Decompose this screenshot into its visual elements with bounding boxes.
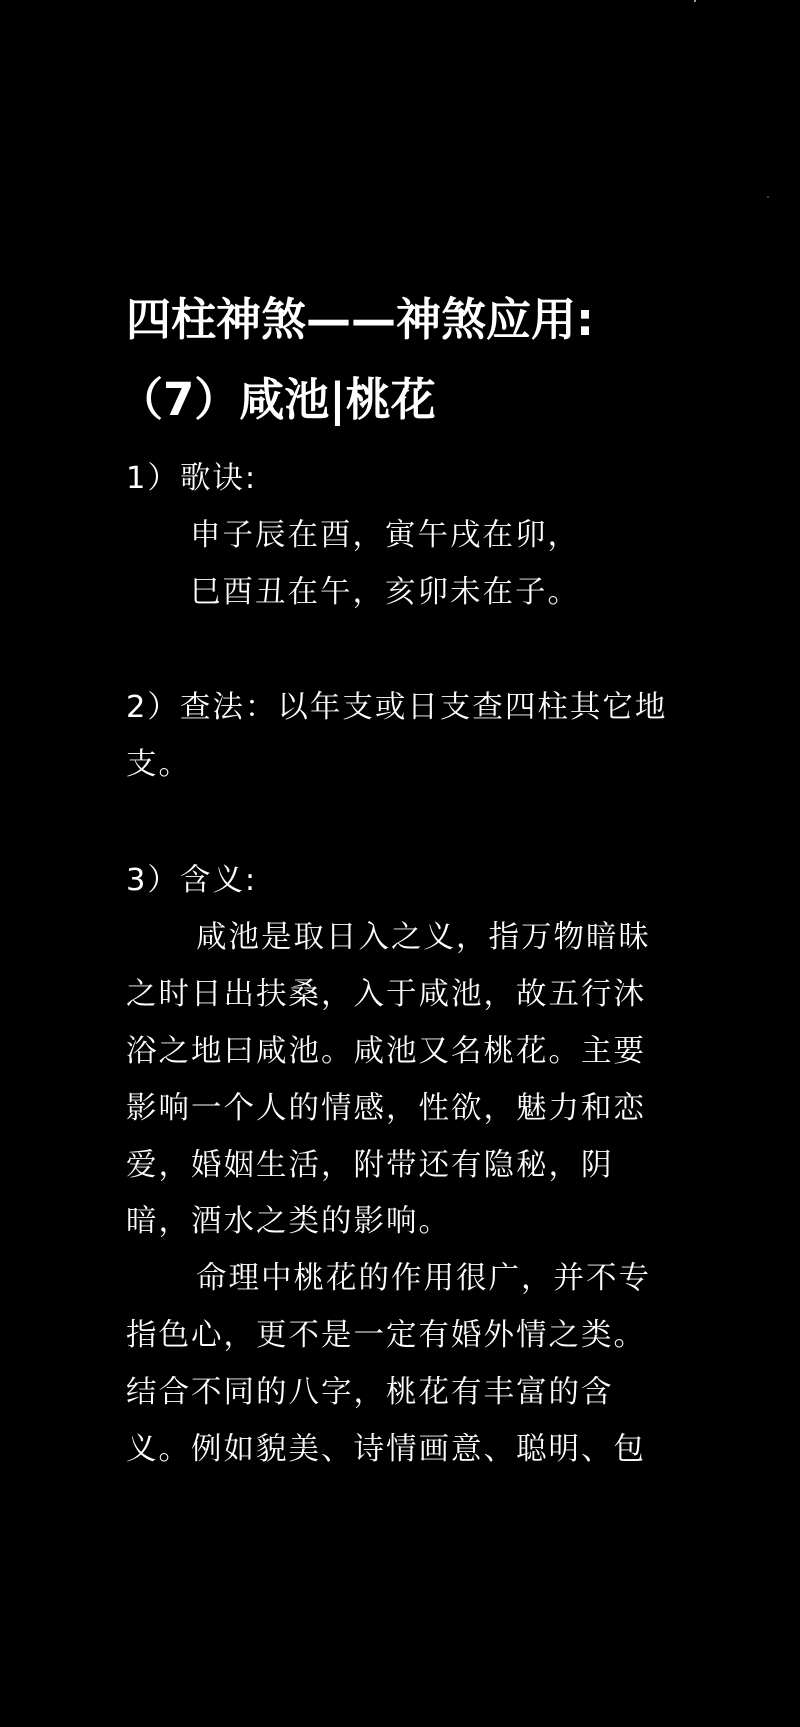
section-2-line-2: 支。 xyxy=(126,739,191,783)
section-3-line-4: 影响一个人的情感，性欲，魅力和恋 xyxy=(126,1083,646,1127)
section-3-line-1: 咸池是取日入之义，指万物暗昧 xyxy=(196,912,651,956)
section-3-heading: 3）含义: xyxy=(126,855,257,899)
noise-speck xyxy=(767,196,769,198)
article-title-line-1: 四柱神煞——神煞应用: xyxy=(126,283,594,348)
section-3-line-5: 爱，婚姻生活，附带还有隐秘，阴 xyxy=(126,1140,614,1184)
section-2-line-1: 2）查法：以年支或日支查四柱其它地 xyxy=(126,682,667,726)
section-3-line-2: 之时日出扶桑，入于咸池，故五行沐 xyxy=(126,969,646,1013)
section-3-line-10: 义。例如貌美、诗情画意、聪明、包 xyxy=(126,1424,646,1468)
verse-line-2: 巳酉丑在午，亥卯未在子。 xyxy=(190,567,580,611)
noise-speck xyxy=(694,0,696,2)
section-3-line-7: 命理中桃花的作用很广，并不专 xyxy=(196,1253,651,1297)
section-3-line-8: 指色心，更不是一定有婚外情之类。 xyxy=(126,1310,646,1354)
section-3-line-9: 结合不同的八字，桃花有丰富的含 xyxy=(126,1367,614,1411)
section-3-line-6: 暗，酒水之类的影响。 xyxy=(126,1196,451,1240)
section-3-line-3: 浴之地曰咸池。咸池又名桃花。主要 xyxy=(126,1026,646,1070)
section-1-heading: 1）歌诀: xyxy=(126,453,257,497)
verse-line-1: 申子辰在酉，寅午戌在卯， xyxy=(190,510,580,554)
article-title-line-2: （7）咸池|桃花 xyxy=(118,363,436,428)
